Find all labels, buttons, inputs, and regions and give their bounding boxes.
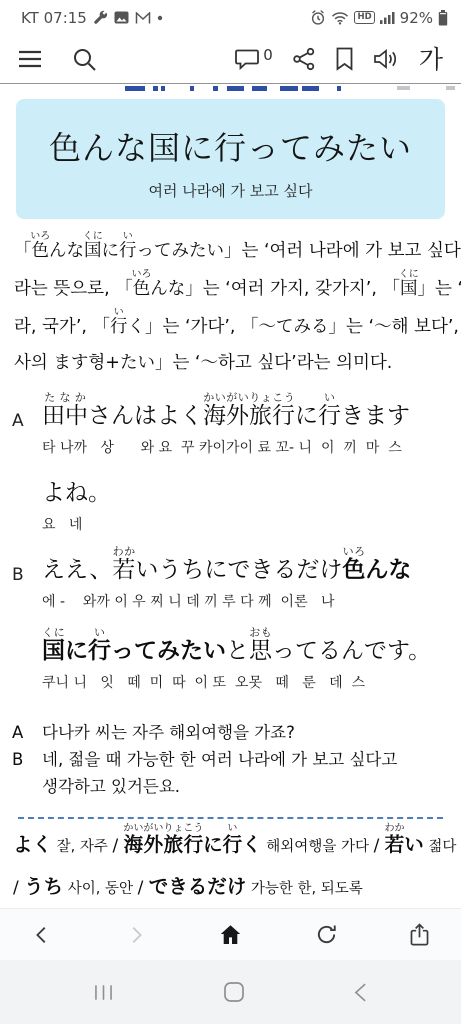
battery-percent: 92% [400, 9, 433, 27]
explanation-line: 「色いろんな国くにに行いってみたい」는 ‘여러 나라에 가 보고 싶다’ [14, 231, 447, 269]
dialogue-b-japanese-line2: 国くにに行いってみたいと思おもってるんです。 [42, 626, 449, 672]
hd-badge: HD [354, 11, 374, 24]
gallery-icon [114, 11, 129, 24]
back-icon[interactable] [31, 924, 53, 946]
explanation-paragraph: 「色いろんな国くにに行いってみたい」는 ‘여러 나라에 가 보고 싶다’ 라는 … [14, 231, 447, 381]
browser-bottom-nav [0, 908, 461, 960]
dialogue-a: A 田中たなかさんはよく海外旅行かいがいりょこうに行いきます 타 나까 상 와 … [12, 391, 449, 535]
status-bar: KT 07:15 HD 92% [0, 0, 461, 35]
refresh-icon[interactable] [315, 923, 338, 946]
speaker-label-b: B [12, 545, 42, 693]
translation-b-line1: 네, 젊을 때 가능한 한 여러 나라에 가 보고 싶다고 [42, 746, 397, 773]
speaker-icon[interactable] [373, 48, 400, 70]
alarm-icon [310, 10, 326, 26]
explanation-line: 라, 국가’, 「行いく」는 ‘가다’, 「～てみる」는 ‘～해 보다’, 「동 [14, 307, 447, 345]
translation-b-line2: 생각하고 있거든요. [42, 773, 397, 800]
export-share-icon[interactable] [409, 923, 430, 946]
wifi-icon [331, 11, 349, 25]
korean-translation-block: A 다나카 씨는 자주 해외여행을 가죠? B 네, 젊을 때 가능한 한 여러… [12, 719, 449, 800]
menu-icon[interactable] [18, 50, 42, 68]
battery-icon [438, 10, 448, 26]
dialogue-a-pronunciation1: 타 나까 상 와 요 꾸 카이가이 료 꼬- 니 이 끼 마 스 [42, 438, 449, 458]
vocabulary-line: よく 잘, 자주 / 海外旅行かいがいりょこうに行いく 해외여행을 가다 / 若… [13, 823, 448, 867]
vocabulary-block: よく 잘, 자주 / 海外旅行かいがいりょこうに行いく 해외여행을 가다 / 若… [13, 823, 448, 908]
dialogue-a-pronunciation2: 요 네 [42, 515, 449, 535]
status-bar-right: HD 92% [310, 9, 448, 27]
clipped-heading-fragments [0, 84, 461, 97]
signal-icon [380, 11, 395, 24]
forward-icon[interactable] [125, 924, 147, 946]
translation-b-text: 네, 젊을 때 가능한 한 여러 나라에 가 보고 싶다고 생각하고 있거든요. [42, 746, 397, 800]
translation-b: B 네, 젊을 때 가능한 한 여러 나라에 가 보고 싶다고 생각하고 있거든… [12, 746, 449, 800]
recents-icon[interactable] [94, 984, 113, 1001]
translation-label-b: B [12, 746, 42, 800]
lesson-title-korean: 여러 나라에 가 보고 싶다 [22, 180, 439, 201]
dialogue-a-japanese-line1: 田中たなかさんはよく海外旅行かいがいりょこうに行いきます [42, 391, 449, 437]
lesson-title-card: 色んな国に行ってみたい 여러 나라에 가 보고 싶다 [16, 99, 445, 219]
search-icon[interactable] [72, 47, 97, 72]
gmail-icon [135, 12, 151, 24]
dialogue-b-pronunciation2: 쿠니 니 잇 떼 미 따 이 또 오못 떼 룬 데 스 [42, 673, 449, 693]
wrench-icon [93, 10, 108, 25]
carrier-time: KT 07:15 [21, 9, 87, 27]
explanation-line: 라는 뜻으로, 「色いろんな」는 ‘여러 가지, 갖가지’, 「国くに」는 ‘나 [14, 269, 447, 307]
dialogue-a-japanese-line2: よね。 [42, 472, 449, 514]
bookmark-icon[interactable] [335, 47, 354, 71]
home-pill-icon[interactable] [223, 981, 245, 1003]
comment-count: 0 [263, 47, 273, 63]
comment-icon [234, 47, 260, 71]
comment-button[interactable]: 0 [234, 47, 273, 71]
font-size-button[interactable]: 가 [419, 47, 443, 72]
lesson-title-japanese: 色んな国に行ってみたい [22, 123, 439, 169]
dialogue-b: B ええ、若わかいうちにできるだけ色いろんな 에 - 와까 이 우 찌 니 데 … [12, 545, 449, 693]
back-chevron-icon[interactable] [354, 982, 367, 1003]
home-icon[interactable] [218, 923, 243, 947]
vocabulary-line: / うち 사이, 동안 / できるだけ 가능한 한, 되도록 [13, 867, 448, 908]
status-bar-left: KT 07:15 [21, 9, 163, 27]
page-content: 色んな国に行ってみたい 여러 나라에 가 보고 싶다 「色いろんな国くにに行いっ… [0, 84, 461, 908]
dashed-separator [18, 817, 443, 819]
dialogue-b-japanese-line1: ええ、若わかいうちにできるだけ色いろんな [42, 545, 449, 591]
browser-toolbar: 0 가 [0, 35, 461, 84]
android-nav-bar [0, 960, 461, 1024]
explanation-line: 사의 ます형+たい」는 ‘～하고 싶다’라는 의미다. [14, 345, 447, 381]
share-icon[interactable] [292, 47, 316, 71]
speaker-label-a: A [12, 391, 42, 535]
dialogue-b-pronunciation1: 에 - 와까 이 우 찌 니 데 끼 루 다 께 이론 나 [42, 592, 449, 612]
translation-a-text: 다나카 씨는 자주 해외여행을 가죠? [42, 719, 295, 746]
translation-a: A 다나카 씨는 자주 해외여행을 가죠? [12, 719, 449, 746]
translation-label-a: A [12, 719, 42, 746]
notification-dot [157, 15, 163, 21]
